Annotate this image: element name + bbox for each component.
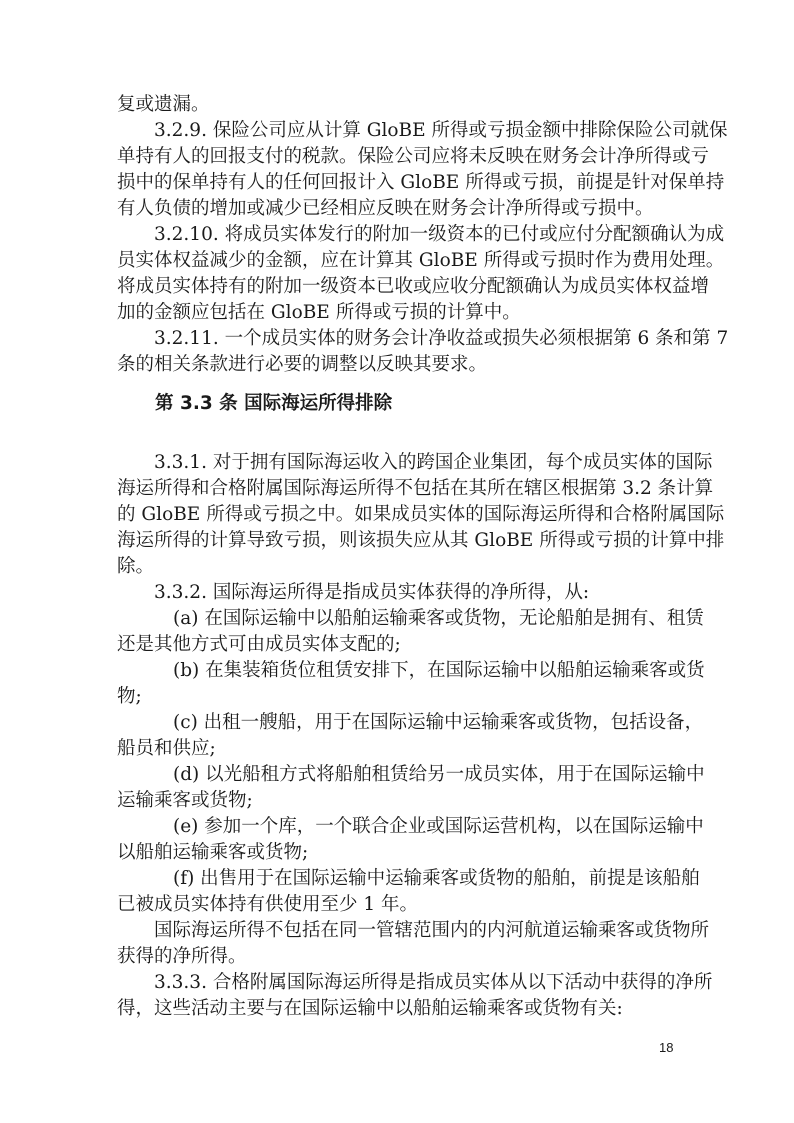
text-line: (a) 在国际运输中以船舶运输乘客或货物，无论船舶是拥有、租赁 [173, 606, 677, 632]
text-line: 损中的保单持有人的任何回报计入 GloBE 所得或亏损，前提是针对保单持 [117, 170, 677, 196]
text-line: 物; [117, 684, 677, 710]
section-heading: 第 3.3 条 国际海运所得排除 [155, 389, 392, 415]
page-number: 18 [659, 1040, 673, 1055]
text-line: 得，这些活动主要与在国际运输中以船舶运输乘客或货物有关: [117, 996, 677, 1022]
text-line: (e) 参加一个库，一个联合企业或国际运营机构，以在国际运输中 [173, 814, 677, 840]
text-line: 复或遗漏。 [117, 92, 677, 118]
text-line: 3.3.3. 合格附属国际海运所得是指成员实体从以下活动中获得的净所 [154, 970, 677, 996]
text-line: 已被成员实体持有供使用至少 1 年。 [117, 892, 677, 918]
text-line: 3.2.10. 将成员实体发行的附加一级资本的已付或应付分配额确认为成 [154, 222, 677, 248]
text-line: 3.3.1. 对于拥有国际海运收入的跨国企业集团，每个成员实体的国际 [154, 450, 677, 476]
text-line: 船员和供应; [117, 736, 677, 762]
text-line: 以船舶运输乘客或货物; [117, 840, 677, 866]
text-line: 除。 [117, 554, 677, 580]
text-line: 海运所得的计算导致亏损，则该损失应从其 GloBE 所得或亏损的计算中排 [117, 528, 677, 554]
text-line: 获得的净所得。 [117, 944, 677, 970]
text-line: 加的金额应包括在 GloBE 所得或亏损的计算中。 [117, 300, 677, 326]
text-line: 还是其他方式可由成员实体支配的; [117, 632, 677, 658]
text-line: 3.3.2. 国际海运所得是指成员实体获得的净所得，从: [154, 580, 677, 606]
text-line: 的 GloBE 所得或亏损之中。如果成员实体的国际海运所得和合格附属国际 [117, 502, 677, 528]
text-line: 运输乘客或货物; [117, 788, 677, 814]
text-line: 3.2.9. 保险公司应从计算 GloBE 所得或亏损金额中排除保险公司就保 [154, 118, 677, 144]
text-line: 海运所得和合格附属国际海运所得不包括在其所在辖区根据第 3.2 条计算 [117, 476, 677, 502]
text-line: 单持有人的回报支付的税款。保险公司应将未反映在财务会计净所得或亏 [117, 144, 677, 170]
text-line: 员实体权益减少的金额，应在计算其 GloBE 所得或亏损时作为费用处理。 [117, 248, 677, 274]
text-line: 3.2.11. 一个成员实体的财务会计净收益或损失必须根据第 6 条和第 7 [154, 326, 677, 352]
text-line: 将成员实体持有的附加一级资本已收或应收分配额确认为成员实体权益增 [117, 274, 677, 300]
text-line: (d) 以光船租方式将船舶租赁给另一成员实体，用于在国际运输中 [173, 762, 677, 788]
text-line: (b) 在集装箱货位租赁安排下，在国际运输中以船舶运输乘客或货 [173, 658, 677, 684]
text-line: (c) 出租一艘船，用于在国际运输中运输乘客或货物，包括设备， [173, 710, 677, 736]
text-line: 国际海运所得不包括在同一管辖范围内的内河航道运输乘客或货物所 [154, 918, 677, 944]
text-line: (f) 出售用于在国际运输中运输乘客或货物的船舶，前提是该船舶 [173, 866, 677, 892]
text-line: 条的相关条款进行必要的调整以反映其要求。 [117, 352, 677, 378]
text-line: 有人负债的增加或减少已经相应反映在财务会计净所得或亏损中。 [117, 196, 677, 222]
